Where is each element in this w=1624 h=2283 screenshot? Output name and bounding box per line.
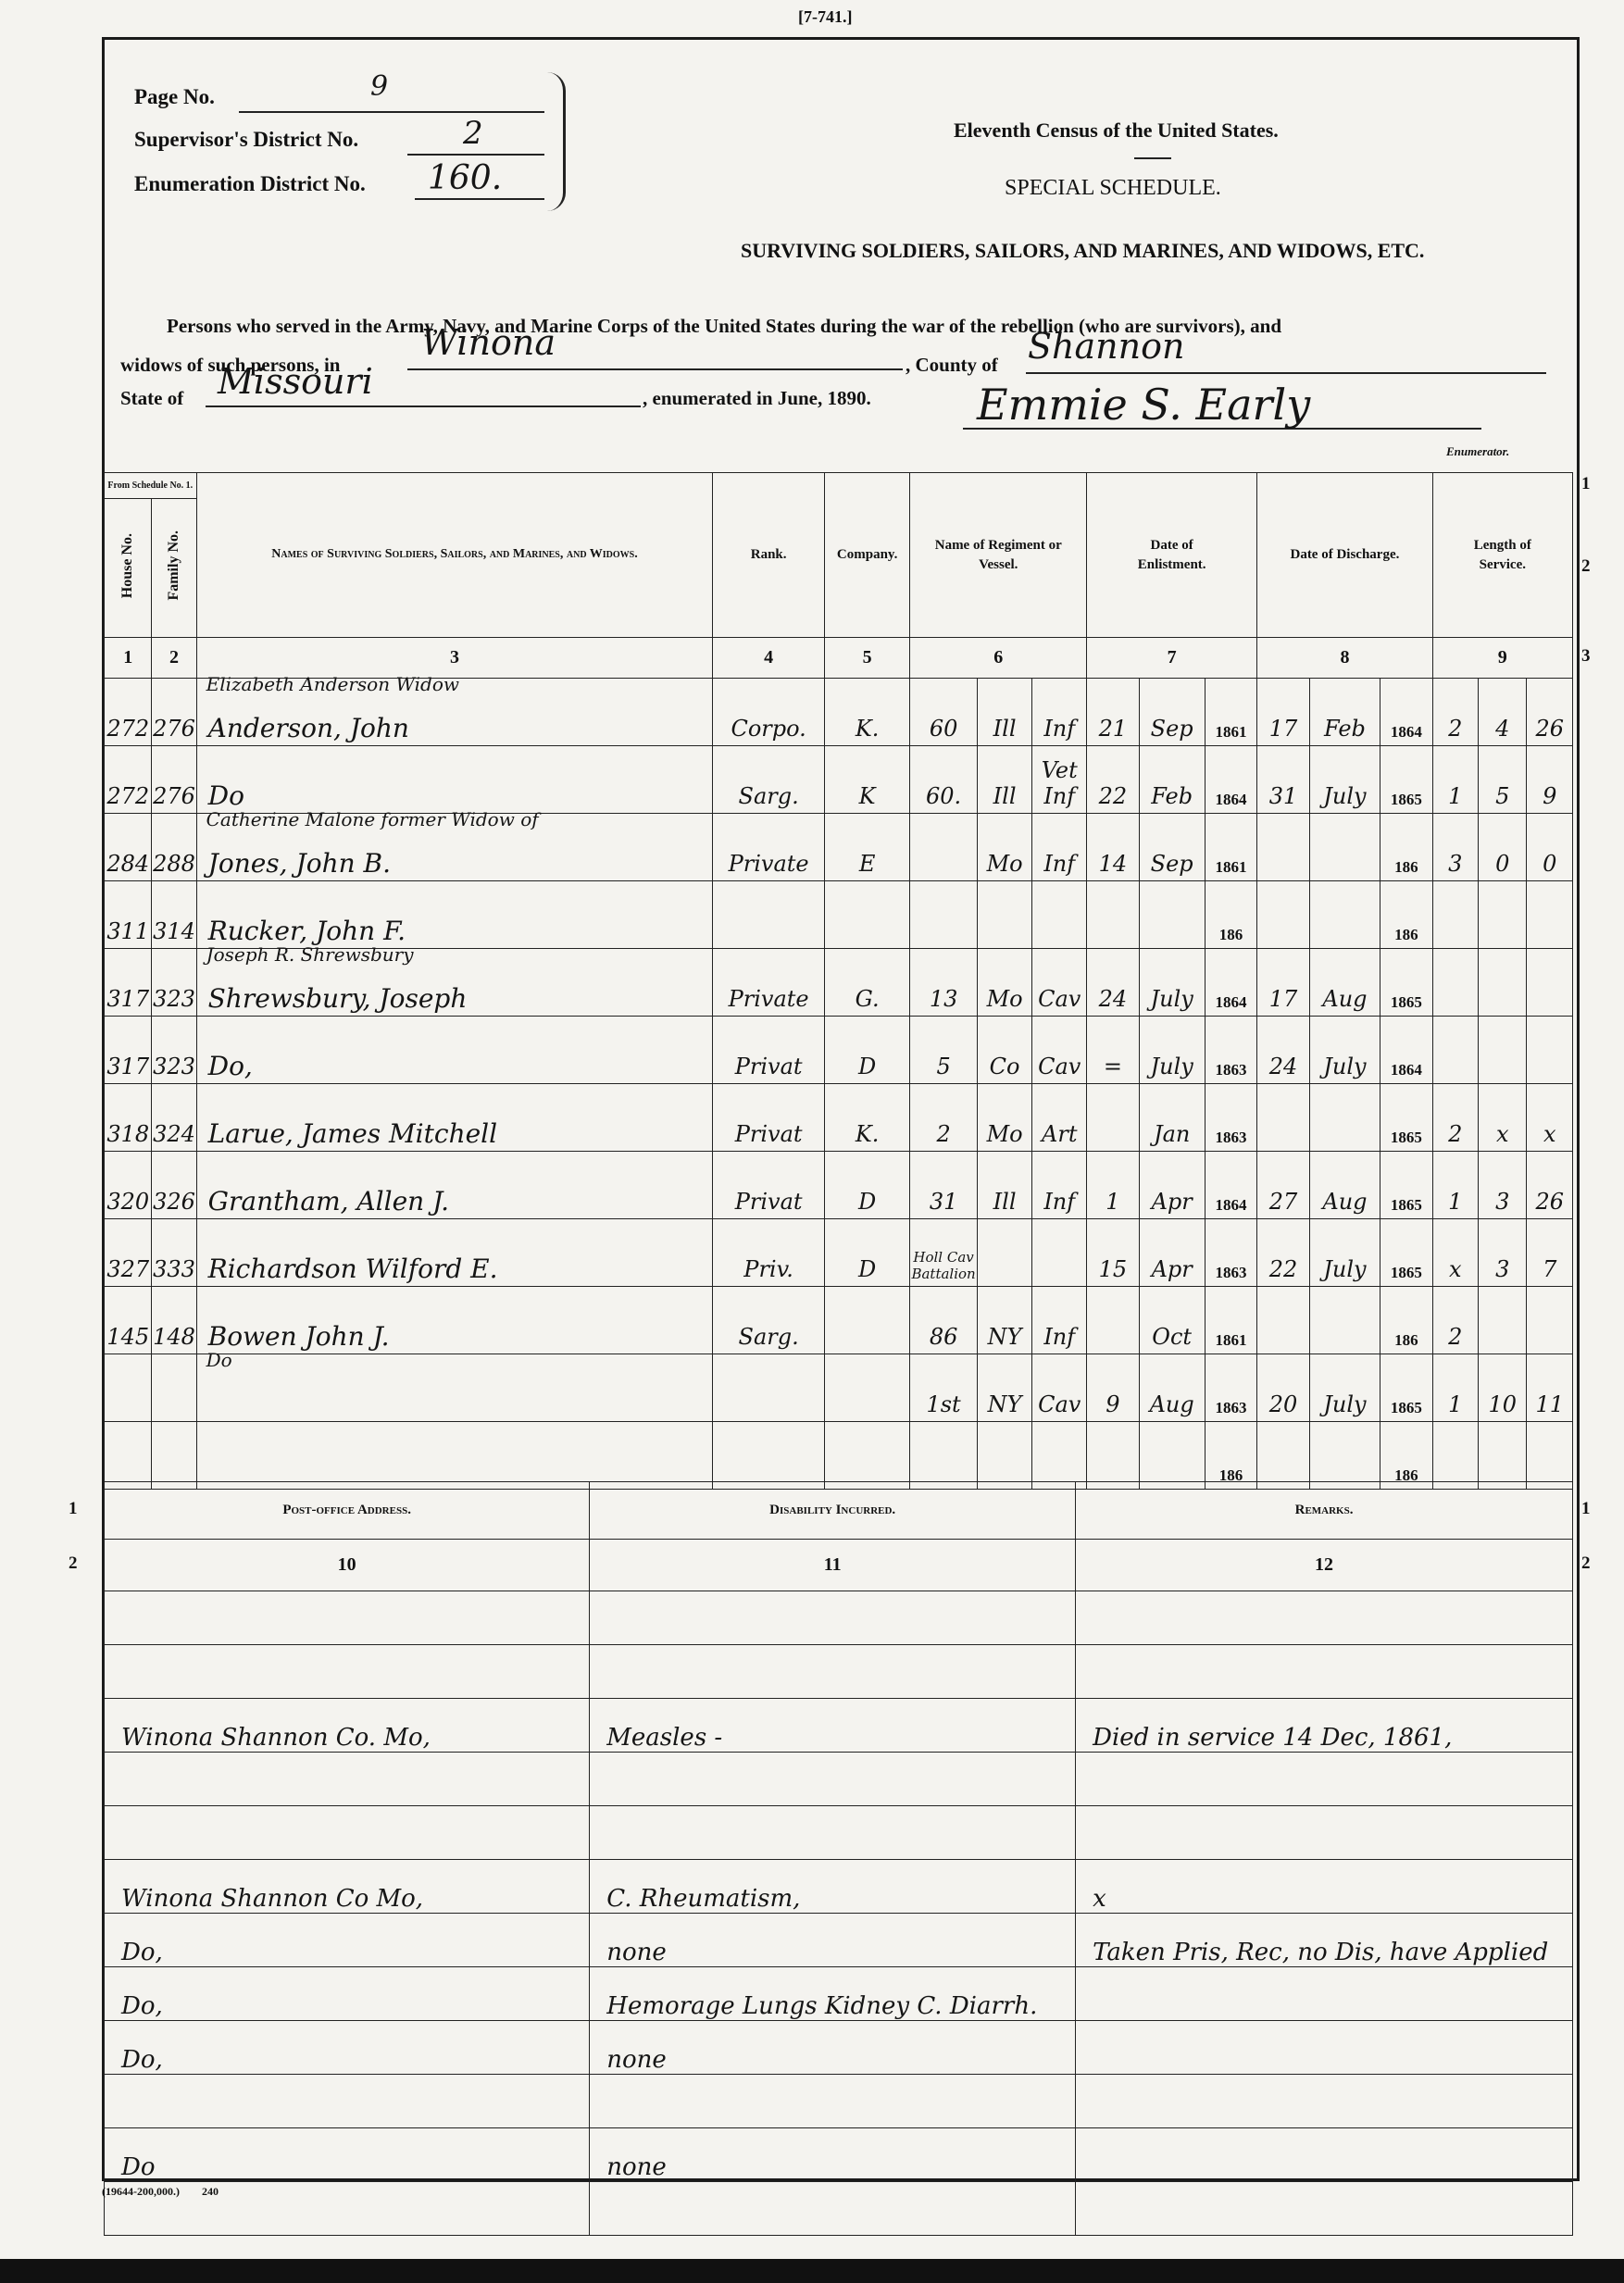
- cell-house: [105, 1354, 152, 1422]
- cell-dis-day: 31: [1257, 746, 1310, 814]
- cell-enl-month: [1139, 881, 1205, 949]
- row-number: 1: [69, 1499, 78, 1519]
- cell-remarks: [1076, 2182, 1573, 2236]
- cell-disability: none: [590, 2021, 1076, 2075]
- cell-reg-no: Holl Cav Battalion: [910, 1219, 977, 1287]
- soldier-name: Do: [208, 780, 244, 811]
- cell-family: 323: [152, 1017, 196, 1084]
- address-row: [105, 2075, 1573, 2128]
- cell-mos: 10: [1479, 1354, 1527, 1422]
- cell-enl-month: Aug: [1139, 1354, 1205, 1422]
- disability-header: Disability Incurred.: [590, 1482, 1076, 1540]
- cell-rank: Private: [713, 814, 824, 881]
- soldier-name: Shrewsbury, Joseph: [208, 983, 468, 1014]
- cell-enl-day: 22: [1087, 746, 1140, 814]
- cell-enl-month: Sep: [1139, 679, 1205, 746]
- cell-days: 0: [1527, 814, 1573, 881]
- cell-mos: 5: [1479, 746, 1527, 814]
- cell-dis-month: [1309, 1287, 1380, 1354]
- cell-yrs: x: [1432, 1219, 1478, 1287]
- cell-address: Do,: [105, 2021, 590, 2075]
- cell-reg-type: Cav: [1032, 949, 1087, 1017]
- cell-reg-type: Inf: [1032, 1152, 1087, 1219]
- cell-yrs: 1: [1432, 1152, 1478, 1219]
- cell-disability: none: [590, 2128, 1076, 2182]
- print-code: (19644-200,000.) 240: [102, 2185, 219, 2199]
- soldier-row: 272276Elizabeth Anderson WidowAnderson, …: [105, 679, 1573, 746]
- cell-address: [105, 1806, 590, 1860]
- cell-dis-day: 27: [1257, 1152, 1310, 1219]
- soldier-name: Jones, John B.: [208, 848, 391, 879]
- cell-dis-year: 186: [1380, 881, 1433, 949]
- row-number: 1: [1581, 474, 1591, 494]
- cell-enl-year: 1863: [1205, 1354, 1257, 1422]
- row-number: 3: [1581, 646, 1591, 667]
- address-row: [105, 1645, 1573, 1699]
- cell-yrs: [1432, 949, 1478, 1017]
- cell-reg-no: [910, 1422, 977, 1490]
- soldier-name: Richardson Wilford E.: [208, 1254, 498, 1284]
- soldier-row: 317323Joseph R. ShrewsburyShrewsbury, Jo…: [105, 949, 1573, 1017]
- cell-family: 276: [152, 679, 196, 746]
- cell-yrs: 2: [1432, 1287, 1478, 1354]
- col-number: 12: [1076, 1540, 1573, 1591]
- address-row: [105, 1753, 1573, 1806]
- cell-enl-year: 1863: [1205, 1084, 1257, 1152]
- enumerator-label: Enumerator.: [1446, 444, 1509, 459]
- address-row: [105, 2182, 1573, 2236]
- cell-company: [824, 1354, 910, 1422]
- cell-enl-day: 14: [1087, 814, 1140, 881]
- address-row: Winona Shannon Co. Mo,Measles -Died in s…: [105, 1699, 1573, 1753]
- cell-mos: [1479, 1017, 1527, 1084]
- cell-yrs: 3: [1432, 814, 1478, 881]
- soldier-row: 327333Richardson Wilford E.Priv.DHoll Ca…: [105, 1219, 1573, 1287]
- cell-reg-no: 60.: [910, 746, 977, 814]
- cell-dis-year: 1864: [1380, 679, 1433, 746]
- cell-reg-state: Mo: [977, 949, 1032, 1017]
- row-number: 2: [1581, 1553, 1591, 1574]
- cell-company: [824, 1422, 910, 1490]
- cell-address: [105, 1645, 590, 1699]
- cell-house: 145: [105, 1287, 152, 1354]
- cell-disability: C. Rheumatism,: [590, 1860, 1076, 1914]
- page-no-value: 9: [370, 70, 388, 103]
- cell-family: 276: [152, 746, 196, 814]
- regiment-header: Name of Regiment or Vessel.: [910, 473, 1087, 638]
- cell-enl-year: 1863: [1205, 1017, 1257, 1084]
- cell-company: K.: [824, 1084, 910, 1152]
- row-number: 2: [1581, 556, 1591, 577]
- cell-address: Do,: [105, 1967, 590, 2021]
- remarks-header: Remarks.: [1076, 1482, 1573, 1540]
- cell-dis-year: 186: [1380, 1422, 1433, 1490]
- scan-edge: [0, 2259, 1624, 2283]
- cell-name: [196, 1422, 713, 1490]
- soldiers-table: From Schedule No. 1. Names of Surviving …: [104, 472, 1573, 1490]
- cell-disability: [590, 1753, 1076, 1806]
- col-number: 2: [152, 638, 196, 679]
- cell-house: 327: [105, 1219, 152, 1287]
- cell-dis-month: Aug: [1309, 949, 1380, 1017]
- cell-dis-month: [1309, 814, 1380, 881]
- cell-dis-day: [1257, 1287, 1310, 1354]
- cell-enl-month: Jan: [1139, 1084, 1205, 1152]
- cell-reg-type: [1032, 1219, 1087, 1287]
- cell-enl-year: 1864: [1205, 1152, 1257, 1219]
- cell-disability: [590, 1645, 1076, 1699]
- cell-dis-month: Aug: [1309, 1152, 1380, 1219]
- cell-reg-state: [977, 881, 1032, 949]
- cell-name: Rucker, John F.: [196, 881, 713, 949]
- enumerator-signature: Emmie S. Early: [977, 380, 1310, 430]
- cell-dis-day: [1257, 1084, 1310, 1152]
- cell-mos: 4: [1479, 679, 1527, 746]
- cell-enl-year: 1864: [1205, 746, 1257, 814]
- cell-yrs: [1432, 1017, 1478, 1084]
- cell-enl-day: 24: [1087, 949, 1140, 1017]
- state-value: Missouri: [218, 361, 373, 402]
- soldier-name: Bowen John J.: [208, 1321, 390, 1352]
- col-number: 7: [1087, 638, 1257, 679]
- cell-enl-year: 186: [1205, 881, 1257, 949]
- col-number: 8: [1257, 638, 1432, 679]
- cell-family: [152, 1422, 196, 1490]
- cell-dis-year: 1865: [1380, 1219, 1433, 1287]
- cell-reg-type: Art: [1032, 1084, 1087, 1152]
- cell-dis-day: 24: [1257, 1017, 1310, 1084]
- cell-dis-month: July: [1309, 746, 1380, 814]
- cell-remarks: [1076, 1753, 1573, 1806]
- service-header: Length of Service.: [1432, 473, 1572, 638]
- page-no-label: Page No.: [134, 85, 215, 109]
- cell-house: 284: [105, 814, 152, 881]
- cell-house: 317: [105, 949, 152, 1017]
- cell-name: Do: [196, 746, 713, 814]
- address-row: Do,none: [105, 2021, 1573, 2075]
- cell-reg-state: Mo: [977, 814, 1032, 881]
- cell-address: [105, 1591, 590, 1645]
- cell-reg-no: 60: [910, 679, 977, 746]
- cell-reg-state: NY: [977, 1354, 1032, 1422]
- cell-name: Richardson Wilford E.: [196, 1219, 713, 1287]
- cell-reg-type: Inf: [1032, 679, 1087, 746]
- cell-family: [152, 1354, 196, 1422]
- address-row: Donone: [105, 2128, 1573, 2182]
- name-annotation: Do: [206, 1349, 232, 1371]
- name-annotation: Joseph R. Shrewsbury: [206, 943, 414, 966]
- col-number: 1: [105, 638, 152, 679]
- schedule-subject: SURVIVING SOLDIERS, SAILORS, AND MARINES…: [741, 239, 1424, 263]
- col-number: 11: [590, 1540, 1076, 1591]
- name-annotation: Catherine Malone former Widow of: [206, 808, 539, 830]
- cell-disability: [590, 1806, 1076, 1860]
- cell-address: Winona Shannon Co. Mo,: [105, 1699, 590, 1753]
- cell-rank: [713, 1422, 824, 1490]
- cell-address: Winona Shannon Co Mo,: [105, 1860, 590, 1914]
- cell-dis-month: July: [1309, 1017, 1380, 1084]
- cell-reg-state: Co: [977, 1017, 1032, 1084]
- county-label: , County of: [906, 354, 998, 377]
- cell-reg-no: 2: [910, 1084, 977, 1152]
- enumeration-district-value: 160.: [428, 159, 502, 197]
- col-number: 5: [824, 638, 910, 679]
- enumeration-district-label: Enumeration District No.: [134, 172, 366, 196]
- cell-name: Joseph R. ShrewsburyShrewsbury, Joseph: [196, 949, 713, 1017]
- cell-dis-month: July: [1309, 1219, 1380, 1287]
- cell-company: G.: [824, 949, 910, 1017]
- state-label: State of: [120, 387, 183, 410]
- house-no-header: House No.: [119, 533, 136, 598]
- cell-mos: x: [1479, 1084, 1527, 1152]
- cell-remarks: x: [1076, 1860, 1573, 1914]
- soldier-row: 311314Rucker, John F.186186: [105, 881, 1573, 949]
- soldier-row: 284288Catherine Malone former Widow ofJo…: [105, 814, 1573, 881]
- cell-name: Catherine Malone former Widow ofJones, J…: [196, 814, 713, 881]
- cell-rank: Sarg.: [713, 746, 824, 814]
- col-number: 10: [105, 1540, 590, 1591]
- place-value: Winona: [421, 322, 556, 363]
- cell-reg-no: [910, 881, 977, 949]
- cell-reg-type: Inf: [1032, 1287, 1087, 1354]
- cell-remarks: [1076, 1967, 1573, 2021]
- cell-rank: Privat: [713, 1084, 824, 1152]
- address-row: Do,noneTaken Pris, Rec, no Dis, have App…: [105, 1914, 1573, 1967]
- cell-disability: [590, 2182, 1076, 2236]
- cell-yrs: 2: [1432, 679, 1478, 746]
- company-header: Company.: [824, 473, 910, 638]
- cell-enl-day: 21: [1087, 679, 1140, 746]
- cell-remarks: [1076, 2021, 1573, 2075]
- soldier-row: 272276DoSarg.K60.IllVet Inf22Feb186431Ju…: [105, 746, 1573, 814]
- cell-dis-year: 1865: [1380, 1084, 1433, 1152]
- cell-reg-no: 86: [910, 1287, 977, 1354]
- cell-days: [1527, 1422, 1573, 1490]
- cell-dis-year: 186: [1380, 1287, 1433, 1354]
- cell-dis-month: [1309, 1084, 1380, 1152]
- cell-enl-day: =: [1087, 1017, 1140, 1084]
- cell-dis-month: Feb: [1309, 679, 1380, 746]
- cell-company: [824, 881, 910, 949]
- cell-reg-no: [910, 814, 977, 881]
- cell-reg-state: [977, 1422, 1032, 1490]
- cell-name: Do,: [196, 1017, 713, 1084]
- cell-reg-state: Ill: [977, 679, 1032, 746]
- cell-days: 7: [1527, 1219, 1573, 1287]
- discharge-header: Date of Discharge.: [1257, 473, 1432, 638]
- soldier-row: 186186: [105, 1422, 1573, 1490]
- cell-reg-type: [1032, 1422, 1087, 1490]
- rank-header: Rank.: [713, 473, 824, 638]
- supervisor-district-label: Supervisor's District No.: [134, 128, 358, 152]
- form-id: [7-741.]: [798, 7, 852, 27]
- cell-name: Do: [196, 1354, 713, 1422]
- cell-remarks: [1076, 2075, 1573, 2128]
- cell-enl-year: 1864: [1205, 949, 1257, 1017]
- cell-remarks: Taken Pris, Rec, no Dis, have Applied: [1076, 1914, 1573, 1967]
- cell-reg-state: NY: [977, 1287, 1032, 1354]
- from-schedule-header: From Schedule No. 1.: [105, 473, 197, 499]
- cell-enl-year: 1861: [1205, 814, 1257, 881]
- cell-yrs: 2: [1432, 1084, 1478, 1152]
- cell-dis-year: 1865: [1380, 949, 1433, 1017]
- cell-enl-month: July: [1139, 949, 1205, 1017]
- cell-reg-state: Ill: [977, 746, 1032, 814]
- cell-yrs: [1432, 881, 1478, 949]
- cell-rank: [713, 1354, 824, 1422]
- col-number: 3: [196, 638, 713, 679]
- header-brace: [546, 72, 566, 211]
- cell-enl-month: Sep: [1139, 814, 1205, 881]
- cell-company: [824, 1287, 910, 1354]
- cell-house: 317: [105, 1017, 152, 1084]
- cell-days: [1527, 949, 1573, 1017]
- cell-rank: Private: [713, 949, 824, 1017]
- cell-mos: 3: [1479, 1152, 1527, 1219]
- cell-enl-year: 1861: [1205, 679, 1257, 746]
- cell-days: 11: [1527, 1354, 1573, 1422]
- cell-mos: [1479, 1422, 1527, 1490]
- cell-reg-type: Inf: [1032, 814, 1087, 881]
- cell-days: 26: [1527, 679, 1573, 746]
- cell-dis-day: 20: [1257, 1354, 1310, 1422]
- cell-yrs: 1: [1432, 746, 1478, 814]
- cell-family: 326: [152, 1152, 196, 1219]
- cell-address: Do: [105, 2128, 590, 2182]
- cell-house: [105, 1422, 152, 1490]
- cell-days: 26: [1527, 1152, 1573, 1219]
- cell-reg-state: [977, 1219, 1032, 1287]
- cell-disability: Measles -: [590, 1699, 1076, 1753]
- cell-company: E: [824, 814, 910, 881]
- col-number: 6: [910, 638, 1087, 679]
- cell-yrs: [1432, 1422, 1478, 1490]
- cell-disability: [590, 1591, 1076, 1645]
- cell-address: Do,: [105, 1914, 590, 1967]
- cell-disability: Hemorage Lungs Kidney C. Diarrh.: [590, 1967, 1076, 2021]
- cell-family: 314: [152, 881, 196, 949]
- cell-enl-day: [1087, 1084, 1140, 1152]
- cell-remarks: [1076, 1591, 1573, 1645]
- cell-enl-day: [1087, 1287, 1140, 1354]
- cell-dis-day: [1257, 814, 1310, 881]
- soldier-row: 317323Do,PrivatD5CoCav=July186324July186…: [105, 1017, 1573, 1084]
- cell-rank: [713, 881, 824, 949]
- soldier-name: Anderson, John: [208, 713, 409, 743]
- cell-family: 324: [152, 1084, 196, 1152]
- cell-reg-type: [1032, 881, 1087, 949]
- cell-dis-year: 1865: [1380, 1354, 1433, 1422]
- soldier-row: 145148Bowen John J.Sarg.86NYInfOct186118…: [105, 1287, 1573, 1354]
- cell-house: 272: [105, 679, 152, 746]
- soldier-name: Grantham, Allen J.: [208, 1186, 449, 1216]
- cell-rank: Priv.: [713, 1219, 824, 1287]
- cell-enl-day: 1: [1087, 1152, 1140, 1219]
- cell-company: D: [824, 1219, 910, 1287]
- cell-yrs: 1: [1432, 1354, 1478, 1422]
- soldier-name: Larue, James Mitchell: [208, 1118, 497, 1149]
- cell-remarks: Died in service 14 Dec, 1861,: [1076, 1699, 1573, 1753]
- cell-mos: 3: [1479, 1219, 1527, 1287]
- address-disability-table: Post-office Address. Disability Incurred…: [104, 1481, 1573, 2236]
- schedule-title: SPECIAL SCHEDULE.: [1005, 176, 1221, 201]
- name-annotation: Elizabeth Anderson Widow: [206, 673, 459, 695]
- cell-rank: Privat: [713, 1017, 824, 1084]
- cell-company: D: [824, 1152, 910, 1219]
- row-number: 2: [69, 1553, 78, 1574]
- cell-company: D: [824, 1017, 910, 1084]
- cell-dis-day: 22: [1257, 1219, 1310, 1287]
- cell-rank: Privat: [713, 1152, 824, 1219]
- address-row: [105, 1806, 1573, 1860]
- cell-remarks: [1076, 1645, 1573, 1699]
- cell-enl-day: [1087, 881, 1140, 949]
- soldier-row: 320326Grantham, Allen J.PrivatD31IllInf1…: [105, 1152, 1573, 1219]
- cell-address: [105, 2075, 590, 2128]
- cell-enl-month: Feb: [1139, 746, 1205, 814]
- soldier-row: 318324Larue, James MitchellPrivatK.2MoAr…: [105, 1084, 1573, 1152]
- cell-dis-year: 1864: [1380, 1017, 1433, 1084]
- cell-reg-no: 5: [910, 1017, 977, 1084]
- cell-family: 333: [152, 1219, 196, 1287]
- col-number: 4: [713, 638, 824, 679]
- enumerated-label: , enumerated in June, 1890.: [643, 387, 871, 410]
- cell-enl-month: Oct: [1139, 1287, 1205, 1354]
- cell-reg-type: Cav: [1032, 1017, 1087, 1084]
- cell-house: 318: [105, 1084, 152, 1152]
- cell-mos: [1479, 949, 1527, 1017]
- cell-company: K: [824, 746, 910, 814]
- cell-enl-month: Apr: [1139, 1152, 1205, 1219]
- address-header: Post-office Address.: [105, 1482, 590, 1540]
- family-no-header: Family No.: [166, 530, 182, 601]
- cell-enl-year: 1863: [1205, 1219, 1257, 1287]
- cell-dis-day: [1257, 1422, 1310, 1490]
- soldier-name: Rucker, John F.: [208, 916, 406, 946]
- cell-dis-day: 17: [1257, 679, 1310, 746]
- cell-dis-month: [1309, 1422, 1380, 1490]
- cell-dis-day: [1257, 881, 1310, 949]
- cell-enl-month: Apr: [1139, 1219, 1205, 1287]
- cell-family: 148: [152, 1287, 196, 1354]
- supervisor-district-value: 2: [463, 115, 483, 152]
- cell-name: Grantham, Allen J.: [196, 1152, 713, 1219]
- cell-remarks: [1076, 2128, 1573, 2182]
- address-row: Do,Hemorage Lungs Kidney C. Diarrh.: [105, 1967, 1573, 2021]
- cell-dis-day: 17: [1257, 949, 1310, 1017]
- cell-reg-type: Vet Inf: [1032, 746, 1087, 814]
- cell-mos: 0: [1479, 814, 1527, 881]
- cell-days: 9: [1527, 746, 1573, 814]
- soldier-name: Do,: [208, 1051, 253, 1081]
- cell-enl-day: [1087, 1422, 1140, 1490]
- cell-days: [1527, 881, 1573, 949]
- cell-rank: Sarg.: [713, 1287, 824, 1354]
- cell-remarks: [1076, 1806, 1573, 1860]
- cell-house: 272: [105, 746, 152, 814]
- cell-dis-month: July: [1309, 1354, 1380, 1422]
- cell-mos: [1479, 881, 1527, 949]
- cell-enl-month: July: [1139, 1017, 1205, 1084]
- cell-reg-type: Cav: [1032, 1354, 1087, 1422]
- cell-enl-year: 186: [1205, 1422, 1257, 1490]
- soldier-row: Do1stNYCav9Aug186320July186511011: [105, 1354, 1573, 1422]
- address-row: [105, 1591, 1573, 1645]
- cell-name: Bowen John J.: [196, 1287, 713, 1354]
- cell-days: [1527, 1287, 1573, 1354]
- cell-reg-no: 13: [910, 949, 977, 1017]
- cell-days: [1527, 1017, 1573, 1084]
